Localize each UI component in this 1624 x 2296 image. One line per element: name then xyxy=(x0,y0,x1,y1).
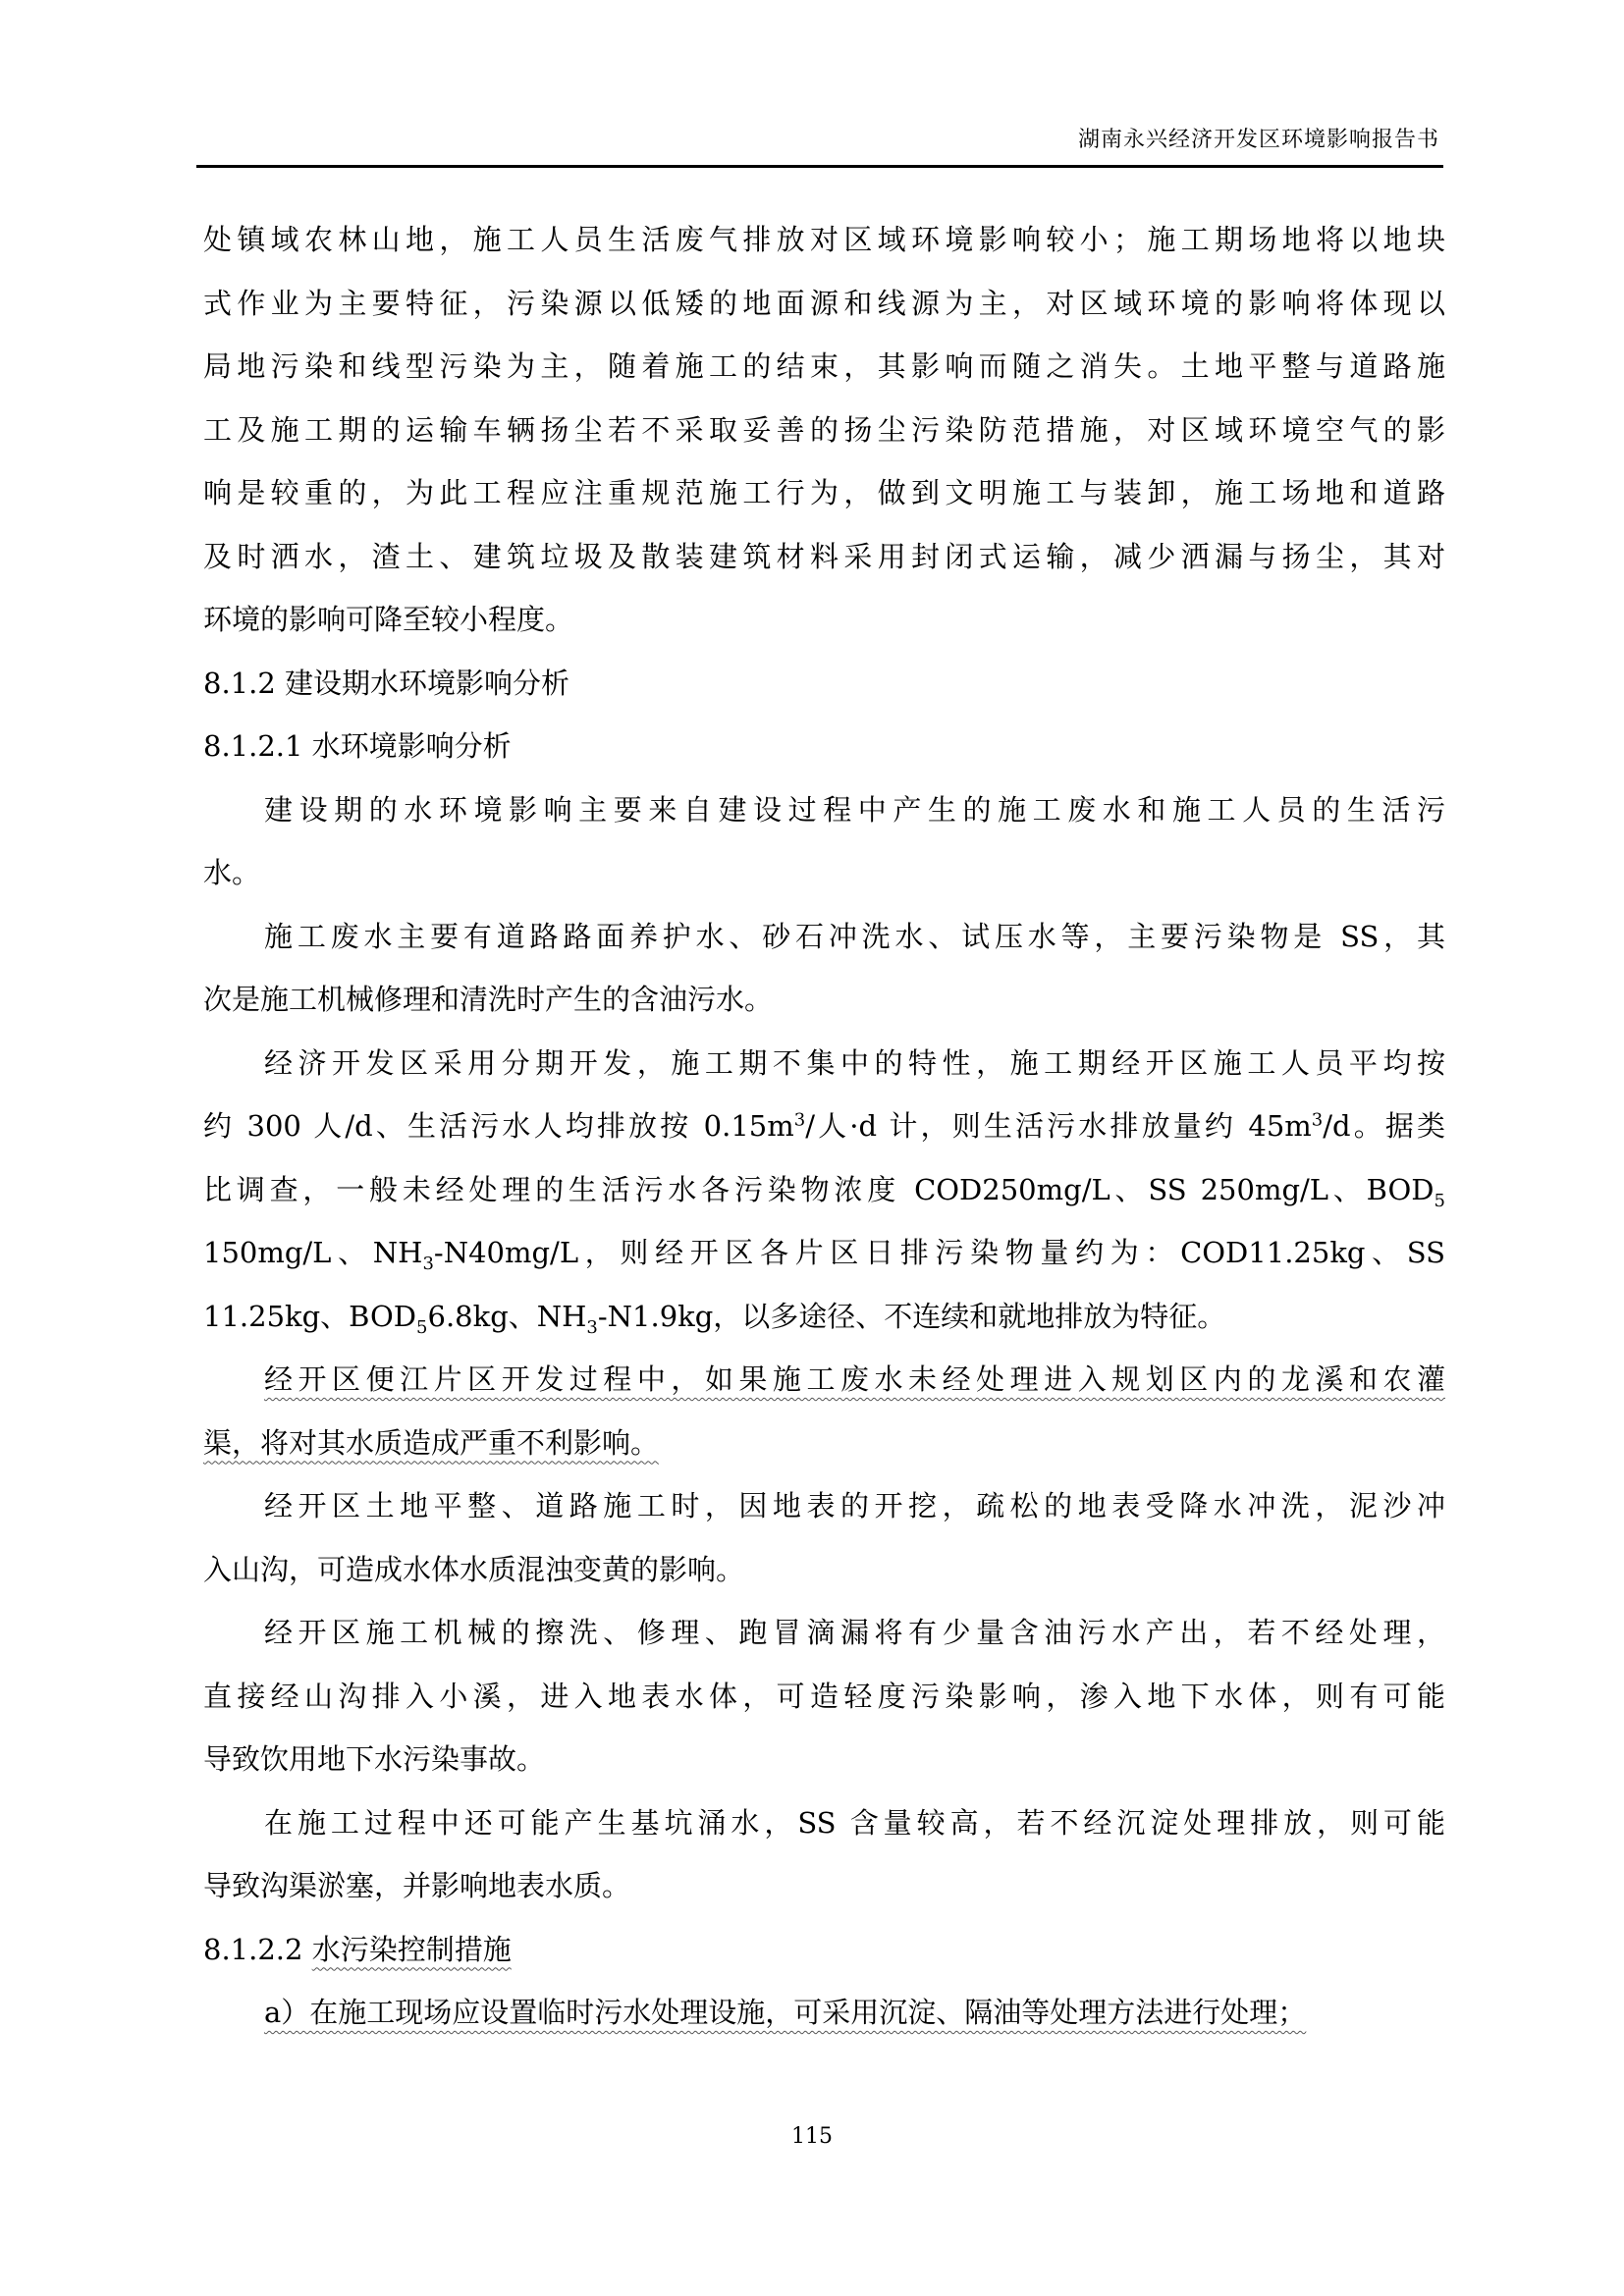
paragraph-line: 经开区土地平整、道路施工时，因地表的开挖，疏松的地表受降水冲洗，泥沙冲 xyxy=(203,1474,1445,1538)
paragraph-line: 环境的影响可降至较小程度。 xyxy=(203,588,1445,652)
paragraph-line: 导致饮用地下水污染事故。 xyxy=(203,1728,1445,1791)
paragraph-line: 及时洒水，渣土、建筑垃圾及散装建筑材料采用封闭式运输，减少洒漏与扬尘，其对 xyxy=(203,525,1445,589)
revised-paragraph-line: 经开区便江片区开发过程中，如果施工废水未经处理进入规划区内的龙溪和农灌 xyxy=(203,1348,1445,1412)
section-heading-8-1-2-1: 8.1.2.1 水环境影响分析 xyxy=(203,715,1445,778)
revised-paragraph-line: 渠，将对其水质造成严重不利影响。 xyxy=(203,1412,1445,1475)
header-rule xyxy=(196,165,1443,168)
paragraph-line: 在施工过程中还可能产生基坑涌水，SS 含量较高，若不经沉淀处理排放，则可能 xyxy=(203,1791,1445,1855)
paragraph-line: 建设期的水环境影响主要来自建设过程中产生的施工废水和施工人员的生活污 xyxy=(203,778,1445,842)
running-header-title: 湖南永兴经济开发区环境影响报告书 xyxy=(1078,126,1439,155)
paragraph-line: 局地污染和线型污染为主，随着施工的结束，其影响而随之消失。土地平整与道路施 xyxy=(203,335,1445,399)
section-heading-8-1-2: 8.1.2 建设期水环境影响分析 xyxy=(203,652,1445,716)
paragraph-line: 响是较重的，为此工程应注重规范施工行为，做到文明施工与装卸，施工场地和道路 xyxy=(203,461,1445,525)
page-number: 115 xyxy=(0,2124,1624,2149)
paragraph-line: 式作业为主要特征，污染源以低矮的地面源和线源为主，对区域环境的影响将体现以 xyxy=(203,272,1445,336)
paragraph-line: 经开区施工机械的擦洗、修理、跑冒滴漏将有少量含油污水产出，若不经处理， xyxy=(203,1601,1445,1665)
paragraph-line: 工及施工期的运输车辆扬尘若不采取妥善的扬尘污染防范措施，对区域环境空气的影 xyxy=(203,399,1445,462)
paragraph-line: 11.25kg、BOD56.8kg、NH3-N1.9kg，以多途径、不连续和就地… xyxy=(203,1285,1445,1349)
paragraph-line: 施工废水主要有道路路面养护水、砂石冲洗水、试压水等，主要污染物是 SS，其 xyxy=(203,905,1445,969)
paragraph-line: 处镇域农林山地，施工人员生活废气排放对区域环境影响较小；施工期场地将以地块 xyxy=(203,208,1445,272)
paragraph-line: 入山沟，可造成水体水质混浊变黄的影响。 xyxy=(203,1538,1445,1602)
paragraph-line: 水。 xyxy=(203,841,1445,905)
list-item: a）在施工现场应设置临时污水处理设施，可采用沉淀、隔油等处理方法进行处理； xyxy=(203,1981,1445,2045)
paragraph-line: 导致沟渠淤塞，并影响地表水质。 xyxy=(203,1854,1445,1918)
paragraph-line: 150mg/L、NH3-N40mg/L，则经开区各片区日排污染物量约为：COD1… xyxy=(203,1221,1445,1285)
paragraph-line: 比调查，一般未经处理的生活污水各污染物浓度 COD250mg/L、SS 250m… xyxy=(203,1158,1445,1222)
document-body: 处镇域农林山地，施工人员生活废气排放对区域环境影响较小；施工期场地将以地块 式作… xyxy=(203,208,1445,2045)
paragraph-line: 直接经山沟排入小溪，进入地表水体，可造轻度污染影响，渗入地下水体，则有可能 xyxy=(203,1665,1445,1729)
paragraph-line: 约 300 人/d、生活污水人均排放按 0.15m3/人·d 计，则生活污水排放… xyxy=(203,1095,1445,1158)
paragraph-line: 次是施工机械修理和清洗时产生的含油污水。 xyxy=(203,968,1445,1032)
paragraph-line: 经济开发区采用分期开发，施工期不集中的特性，施工期经开区施工人员平均按 xyxy=(203,1032,1445,1095)
section-heading-8-1-2-2: 8.1.2.2 水污染控制措施 xyxy=(203,1918,1445,1982)
